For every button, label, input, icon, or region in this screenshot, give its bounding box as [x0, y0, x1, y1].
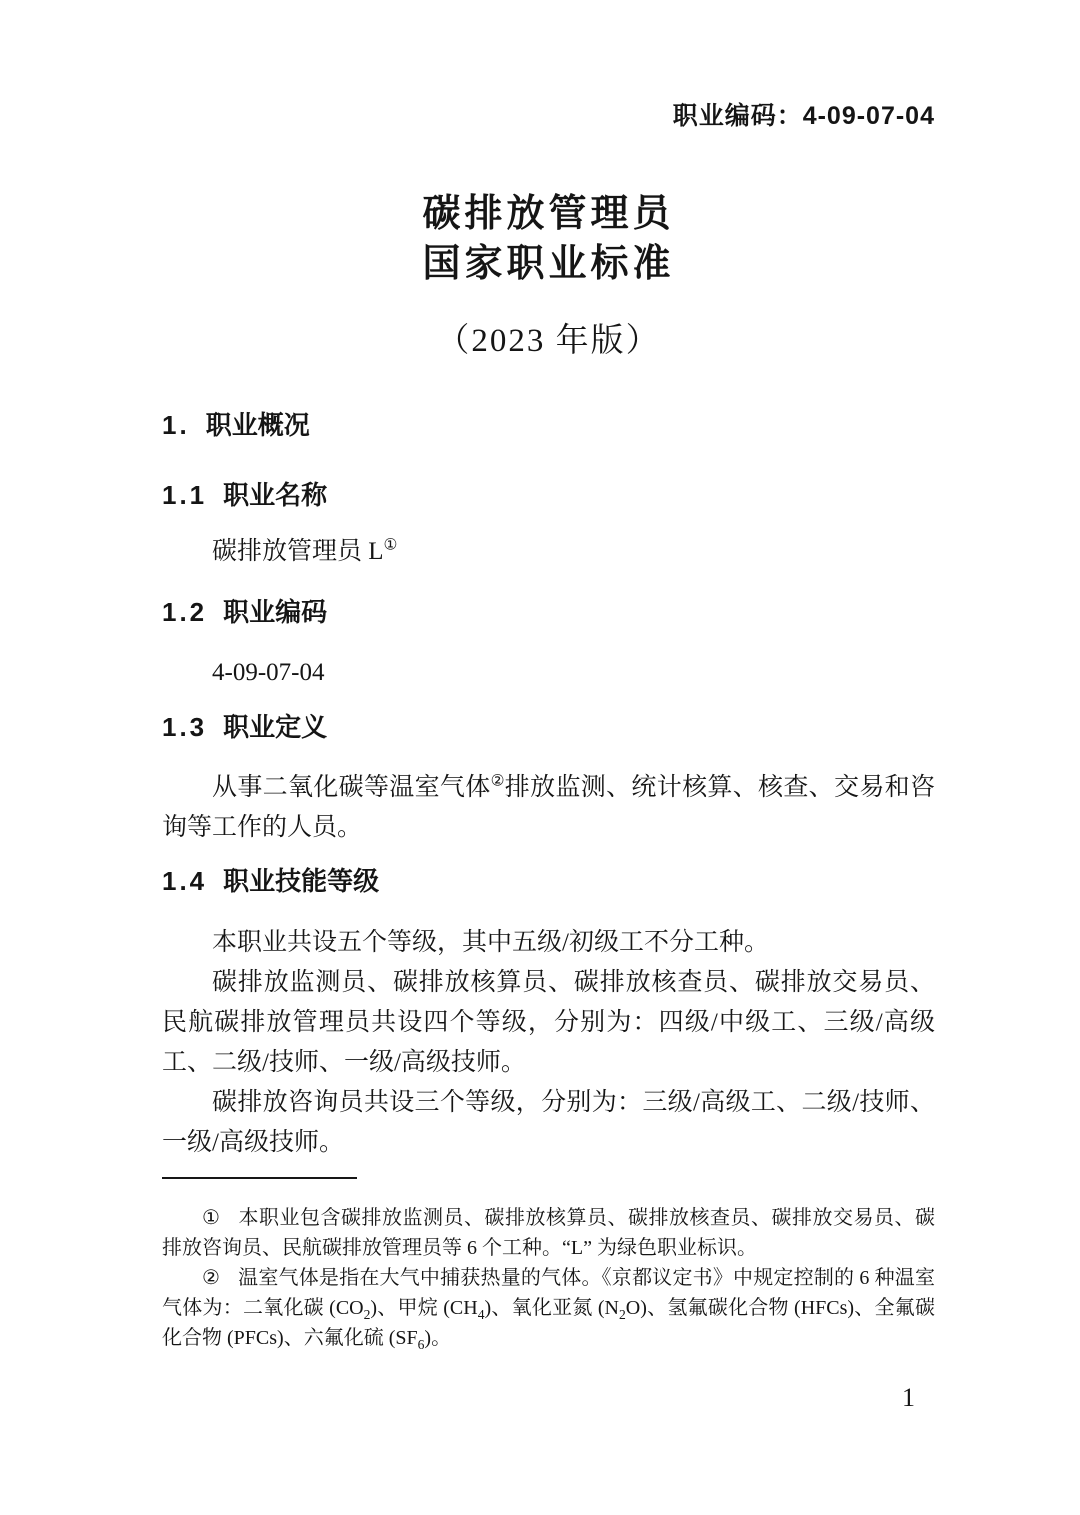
section-heading-1: 1.职业概况: [162, 410, 935, 440]
occupation-name-text: 碳排放管理员 L①: [212, 536, 397, 568]
skill-level-paragraph-3: 碳排放咨询员共设三个等级，分别为：三级/高级工、二级/技师、一级/高级技师。: [162, 1083, 935, 1163]
footnote-2: ②温室气体是指在大气中捕获热量的气体。《京都议定书》中规定控制的 6 种温室气体…: [162, 1263, 935, 1353]
footnote-1-marker: ①: [202, 1207, 220, 1229]
occupation-definition-paragraph: 从事二氧化碳等温室气体②排放监测、统计核算、核查、交易和咨询等工作的人员。: [162, 768, 935, 848]
section-number: 1.: [162, 410, 190, 440]
skill-level-paragraph-1: 本职业共设五个等级，其中五级/初级工不分工种。: [162, 923, 935, 963]
section-title: 职业概况: [206, 410, 310, 440]
footnote-divider: [162, 1177, 357, 1179]
footnote-ref-2: ②: [491, 773, 505, 790]
chem-subscript: 4: [478, 1307, 485, 1322]
edition-label: （2023 年版）: [162, 314, 935, 361]
footnote-1-text: 本职业包含碳排放监测员、碳排放核算员、碳排放核查员、碳排放交易员、碳排放咨询员、…: [162, 1207, 935, 1259]
section-heading-1-1: 1.1职业名称: [162, 480, 935, 510]
section-heading-1-4: 1.4职业技能等级: [162, 866, 935, 896]
skill-level-paragraphs: 本职业共设五个等级，其中五级/初级工不分工种。 碳排放监测员、碳排放核算员、碳排…: [162, 923, 935, 1163]
section-number: 1.1: [162, 480, 207, 510]
skill-level-paragraph-2: 碳排放监测员、碳排放核算员、碳排放核查员、碳排放交易员、民航碳排放管理员共设四个…: [162, 963, 935, 1083]
section-title: 职业定义: [223, 712, 327, 742]
occupation-code-header: 职业编码：4-09-07-04: [162, 96, 935, 132]
footnote-2-text-part: )。: [424, 1327, 451, 1349]
chem-subscript: 2: [619, 1307, 626, 1322]
section-title: 职业名称: [223, 480, 327, 510]
section-number: 1.3: [162, 712, 207, 742]
footnote-ref-1: ①: [384, 537, 398, 554]
footnote-2-text-part: )、氧化亚氮 (N: [485, 1297, 619, 1319]
occupation-name: 碳排放管理员 L: [212, 538, 384, 565]
document-title: 碳排放管理员 国家职业标准: [162, 189, 935, 289]
document-page: 职业编码：4-09-07-04 碳排放管理员 国家职业标准 （2023 年版） …: [0, 0, 1080, 1515]
section-heading-1-2: 1.2职业编码: [162, 597, 935, 627]
definition-text-part1: 从事二氧化碳等温室气体: [212, 774, 491, 801]
section-number: 1.4: [162, 866, 207, 896]
section-heading-1-3: 1.3职业定义: [162, 712, 935, 742]
section-number: 1.2: [162, 597, 207, 627]
footnote-1: ①本职业包含碳排放监测员、碳排放核算员、碳排放核查员、碳排放交易员、碳排放咨询员…: [162, 1203, 935, 1263]
footnotes: ①本职业包含碳排放监测员、碳排放核算员、碳排放核查员、碳排放交易员、碳排放咨询员…: [162, 1203, 935, 1353]
footnote-2-marker: ②: [202, 1267, 220, 1289]
occupation-code-value: 4-09-07-04: [212, 657, 324, 689]
document-title-line2: 国家职业标准: [162, 239, 935, 289]
document-title-line1: 碳排放管理员: [162, 189, 935, 239]
section-title: 职业技能等级: [223, 866, 379, 896]
section-title: 职业编码: [223, 597, 327, 627]
page-number: 1: [902, 1383, 915, 1413]
footnote-2-text-part: )、甲烷 (CH: [370, 1297, 477, 1319]
